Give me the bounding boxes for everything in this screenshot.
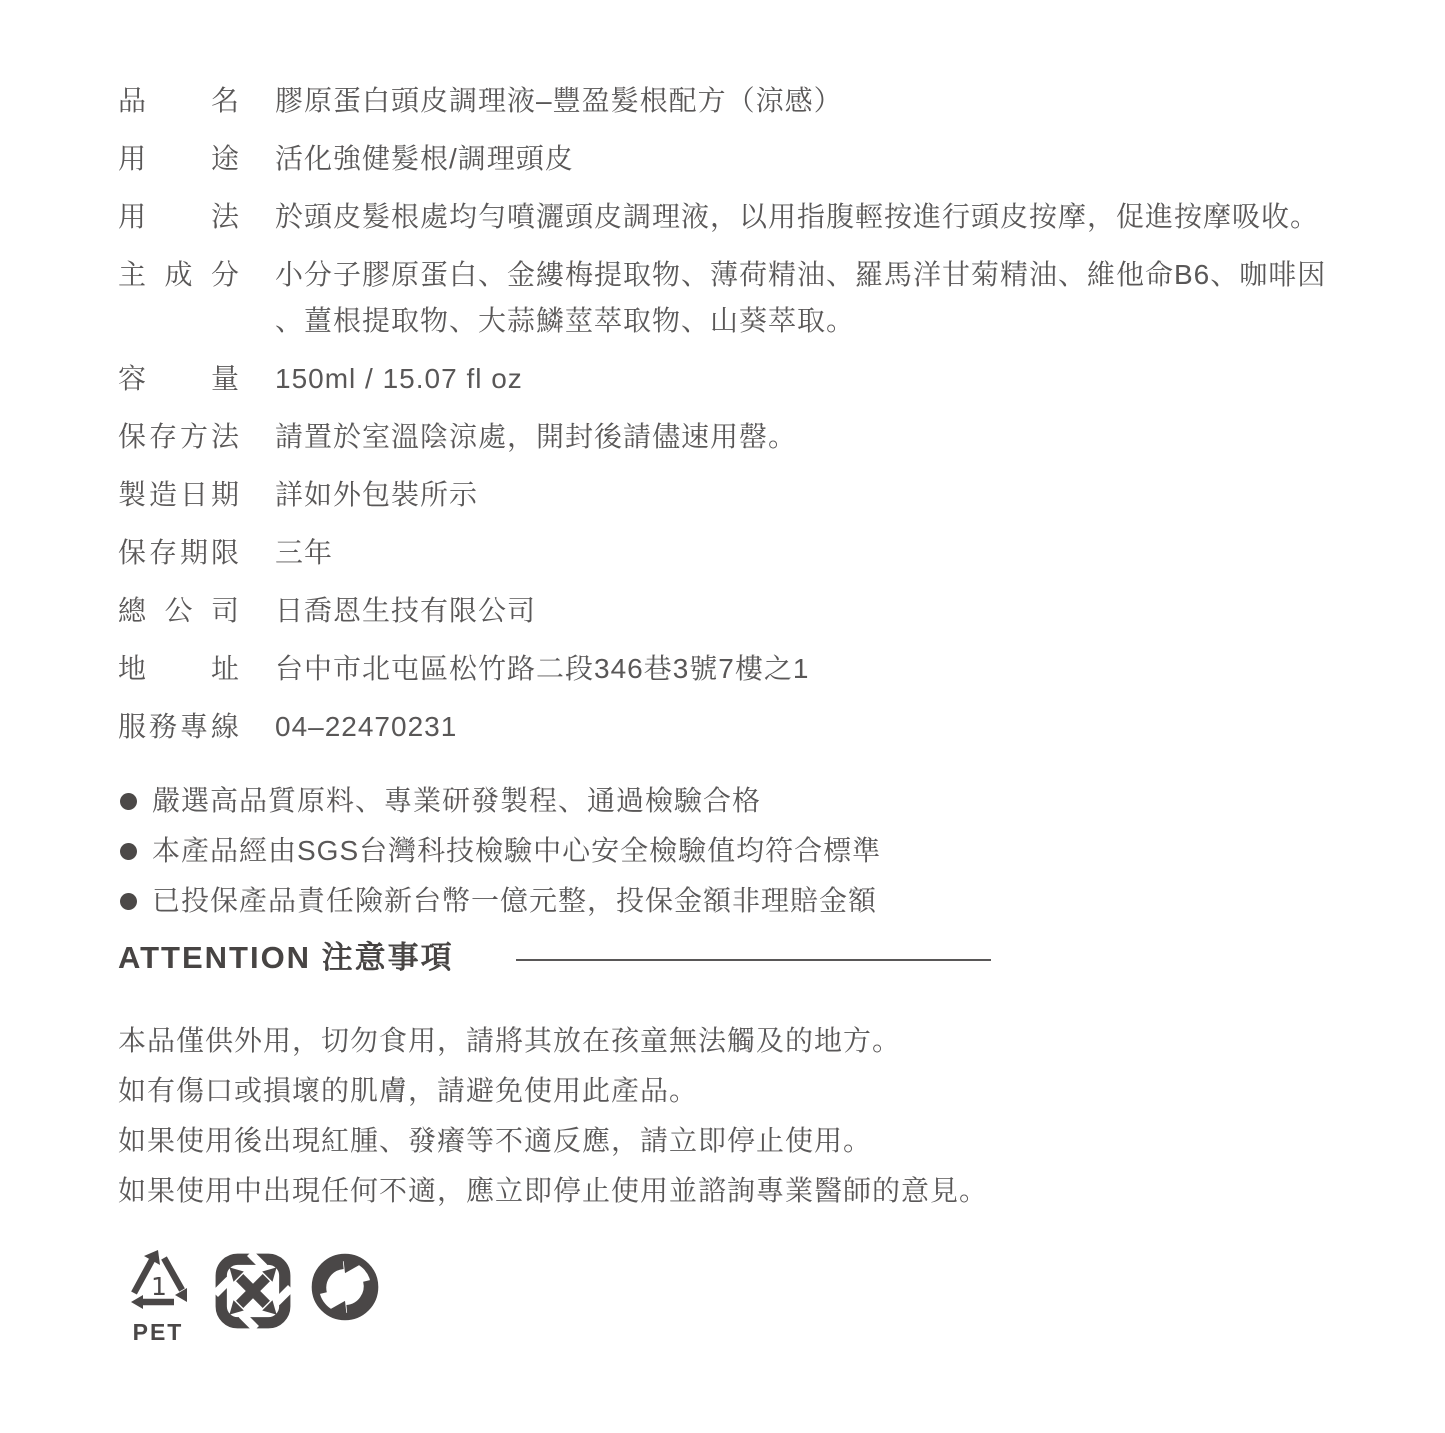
quality-point-text: 本產品經由SGS台灣科技檢驗中心安全檢驗值均符合標準: [152, 826, 881, 876]
spec-value: 請置於室溫陰涼處，開封後請儘速用罄。: [275, 414, 1337, 460]
pet-recycle-icon: 1: [118, 1238, 198, 1318]
attention-section: ATTENTION 注意事項 本品僅供外用，切勿食用，請將其放在孩童無法觸及的地…: [118, 937, 1445, 1216]
quality-point: 本產品經由SGS台灣科技檢驗中心安全檢驗值均符合標準: [118, 826, 1445, 876]
quality-point: 嚴選高品質原料、專業研發製程、通過檢驗合格: [118, 776, 1445, 826]
bullet-dot-icon: [120, 793, 137, 810]
recycle-icons: 1 PET: [118, 1238, 1445, 1346]
spec-label: 保存方法: [118, 414, 240, 460]
pet-resin-number: 1: [151, 1272, 167, 1301]
green-dot-icon: [308, 1250, 382, 1324]
attention-heading: ATTENTION 注意事項: [118, 937, 454, 979]
attention-header: ATTENTION 注意事項: [118, 937, 1445, 979]
attention-divider: [516, 959, 991, 961]
spec-value: 台中市北屯區松竹路二段346巷3號7樓之1: [275, 646, 1337, 692]
attention-item: 如果使用中出現任何不適，應立即停止使用並諮詢專業醫師的意見。: [118, 1166, 1445, 1216]
spec-label: 品名: [118, 78, 240, 124]
spec-value: 04–22470231: [275, 704, 1337, 750]
spec-value: 活化強健髮根/調理頭皮: [275, 136, 1337, 182]
spec-label: 主成分: [118, 252, 240, 344]
spec-row-usage: 用途 活化強健髮根/調理頭皮: [118, 136, 1445, 182]
spec-row-shelf-life: 保存期限 三年: [118, 530, 1445, 576]
attention-item: 如有傷口或損壞的肌膚，請避免使用此產品。: [118, 1066, 1445, 1116]
spec-value: 三年: [275, 530, 1337, 576]
spec-row-volume: 容量 150ml / 15.07 fl oz: [118, 356, 1445, 402]
spec-label: 地址: [118, 646, 240, 692]
spec-row-service-line: 服務專線 04–22470231: [118, 704, 1445, 750]
pet-recycle-block: 1 PET: [118, 1238, 198, 1346]
pet-label: PET: [118, 1319, 198, 1346]
taiwan-recycle-icon: [212, 1250, 294, 1332]
quality-point-text: 已投保產品責任險新台幣一億元整，投保金額非理賠金額: [152, 876, 877, 926]
spec-row-company: 總公司 日喬恩生技有限公司: [118, 588, 1445, 634]
spec-row-product-name: 品名 膠原蛋白頭皮調理液–豐盈髮根配方（涼感）: [118, 78, 1445, 124]
spec-value: 膠原蛋白頭皮調理液–豐盈髮根配方（涼感）: [275, 78, 1337, 124]
spec-label: 製造日期: [118, 472, 240, 518]
quality-point-text: 嚴選高品質原料、專業研發製程、通過檢驗合格: [152, 776, 761, 826]
spec-value: 小分子膠原蛋白、金縷梅提取物、薄荷精油、羅馬洋甘菊精油、維他命B6、咖啡因 、薑…: [275, 252, 1337, 344]
spec-row-storage: 保存方法 請置於室溫陰涼處，開封後請儘速用罄。: [118, 414, 1445, 460]
product-label-page: 品名 膠原蛋白頭皮調理液–豐盈髮根配方（涼感） 用途 活化強健髮根/調理頭皮 用…: [0, 0, 1445, 1433]
spec-row-mfg-date: 製造日期 詳如外包裝所示: [118, 472, 1445, 518]
spec-row-directions: 用法 於頭皮髮根處均勻噴灑頭皮調理液，以用指腹輕按進行頭皮按摩，促進按摩吸收。: [118, 194, 1445, 240]
spec-label: 用法: [118, 194, 240, 240]
spec-list: 品名 膠原蛋白頭皮調理液–豐盈髮根配方（涼感） 用途 活化強健髮根/調理頭皮 用…: [118, 78, 1445, 750]
spec-label: 用途: [118, 136, 240, 182]
spec-row-address: 地址 台中市北屯區松竹路二段346巷3號7樓之1: [118, 646, 1445, 692]
ingredients-line-2: 、薑根提取物、大蒜鱗莖萃取物、山葵萃取。: [275, 298, 1337, 344]
spec-label: 服務專線: [118, 704, 240, 750]
quality-point-list: 嚴選高品質原料、專業研發製程、通過檢驗合格 本產品經由SGS台灣科技檢驗中心安全…: [118, 776, 1445, 926]
bullet-dot-icon: [120, 843, 137, 860]
spec-value: 日喬恩生技有限公司: [275, 588, 1337, 634]
spec-label: 總公司: [118, 588, 240, 634]
spec-label: 保存期限: [118, 530, 240, 576]
spec-row-ingredients: 主成分 小分子膠原蛋白、金縷梅提取物、薄荷精油、羅馬洋甘菊精油、維他命B6、咖啡…: [118, 252, 1445, 344]
spec-value: 詳如外包裝所示: [275, 472, 1337, 518]
attention-item: 如果使用後出現紅腫、發癢等不適反應，請立即停止使用。: [118, 1116, 1445, 1166]
bullet-dot-icon: [120, 893, 137, 910]
attention-item: 本品僅供外用，切勿食用，請將其放在孩童無法觸及的地方。: [118, 1016, 1445, 1066]
spec-value: 150ml / 15.07 fl oz: [275, 356, 1337, 402]
spec-label: 容量: [118, 356, 240, 402]
ingredients-line-1: 小分子膠原蛋白、金縷梅提取物、薄荷精油、羅馬洋甘菊精油、維他命B6、咖啡因: [275, 252, 1337, 298]
spec-value: 於頭皮髮根處均勻噴灑頭皮調理液，以用指腹輕按進行頭皮按摩，促進按摩吸收。: [275, 194, 1337, 240]
attention-item-list: 本品僅供外用，切勿食用，請將其放在孩童無法觸及的地方。 如有傷口或損壞的肌膚，請…: [118, 1016, 1445, 1216]
quality-point: 已投保產品責任險新台幣一億元整，投保金額非理賠金額: [118, 876, 1445, 926]
